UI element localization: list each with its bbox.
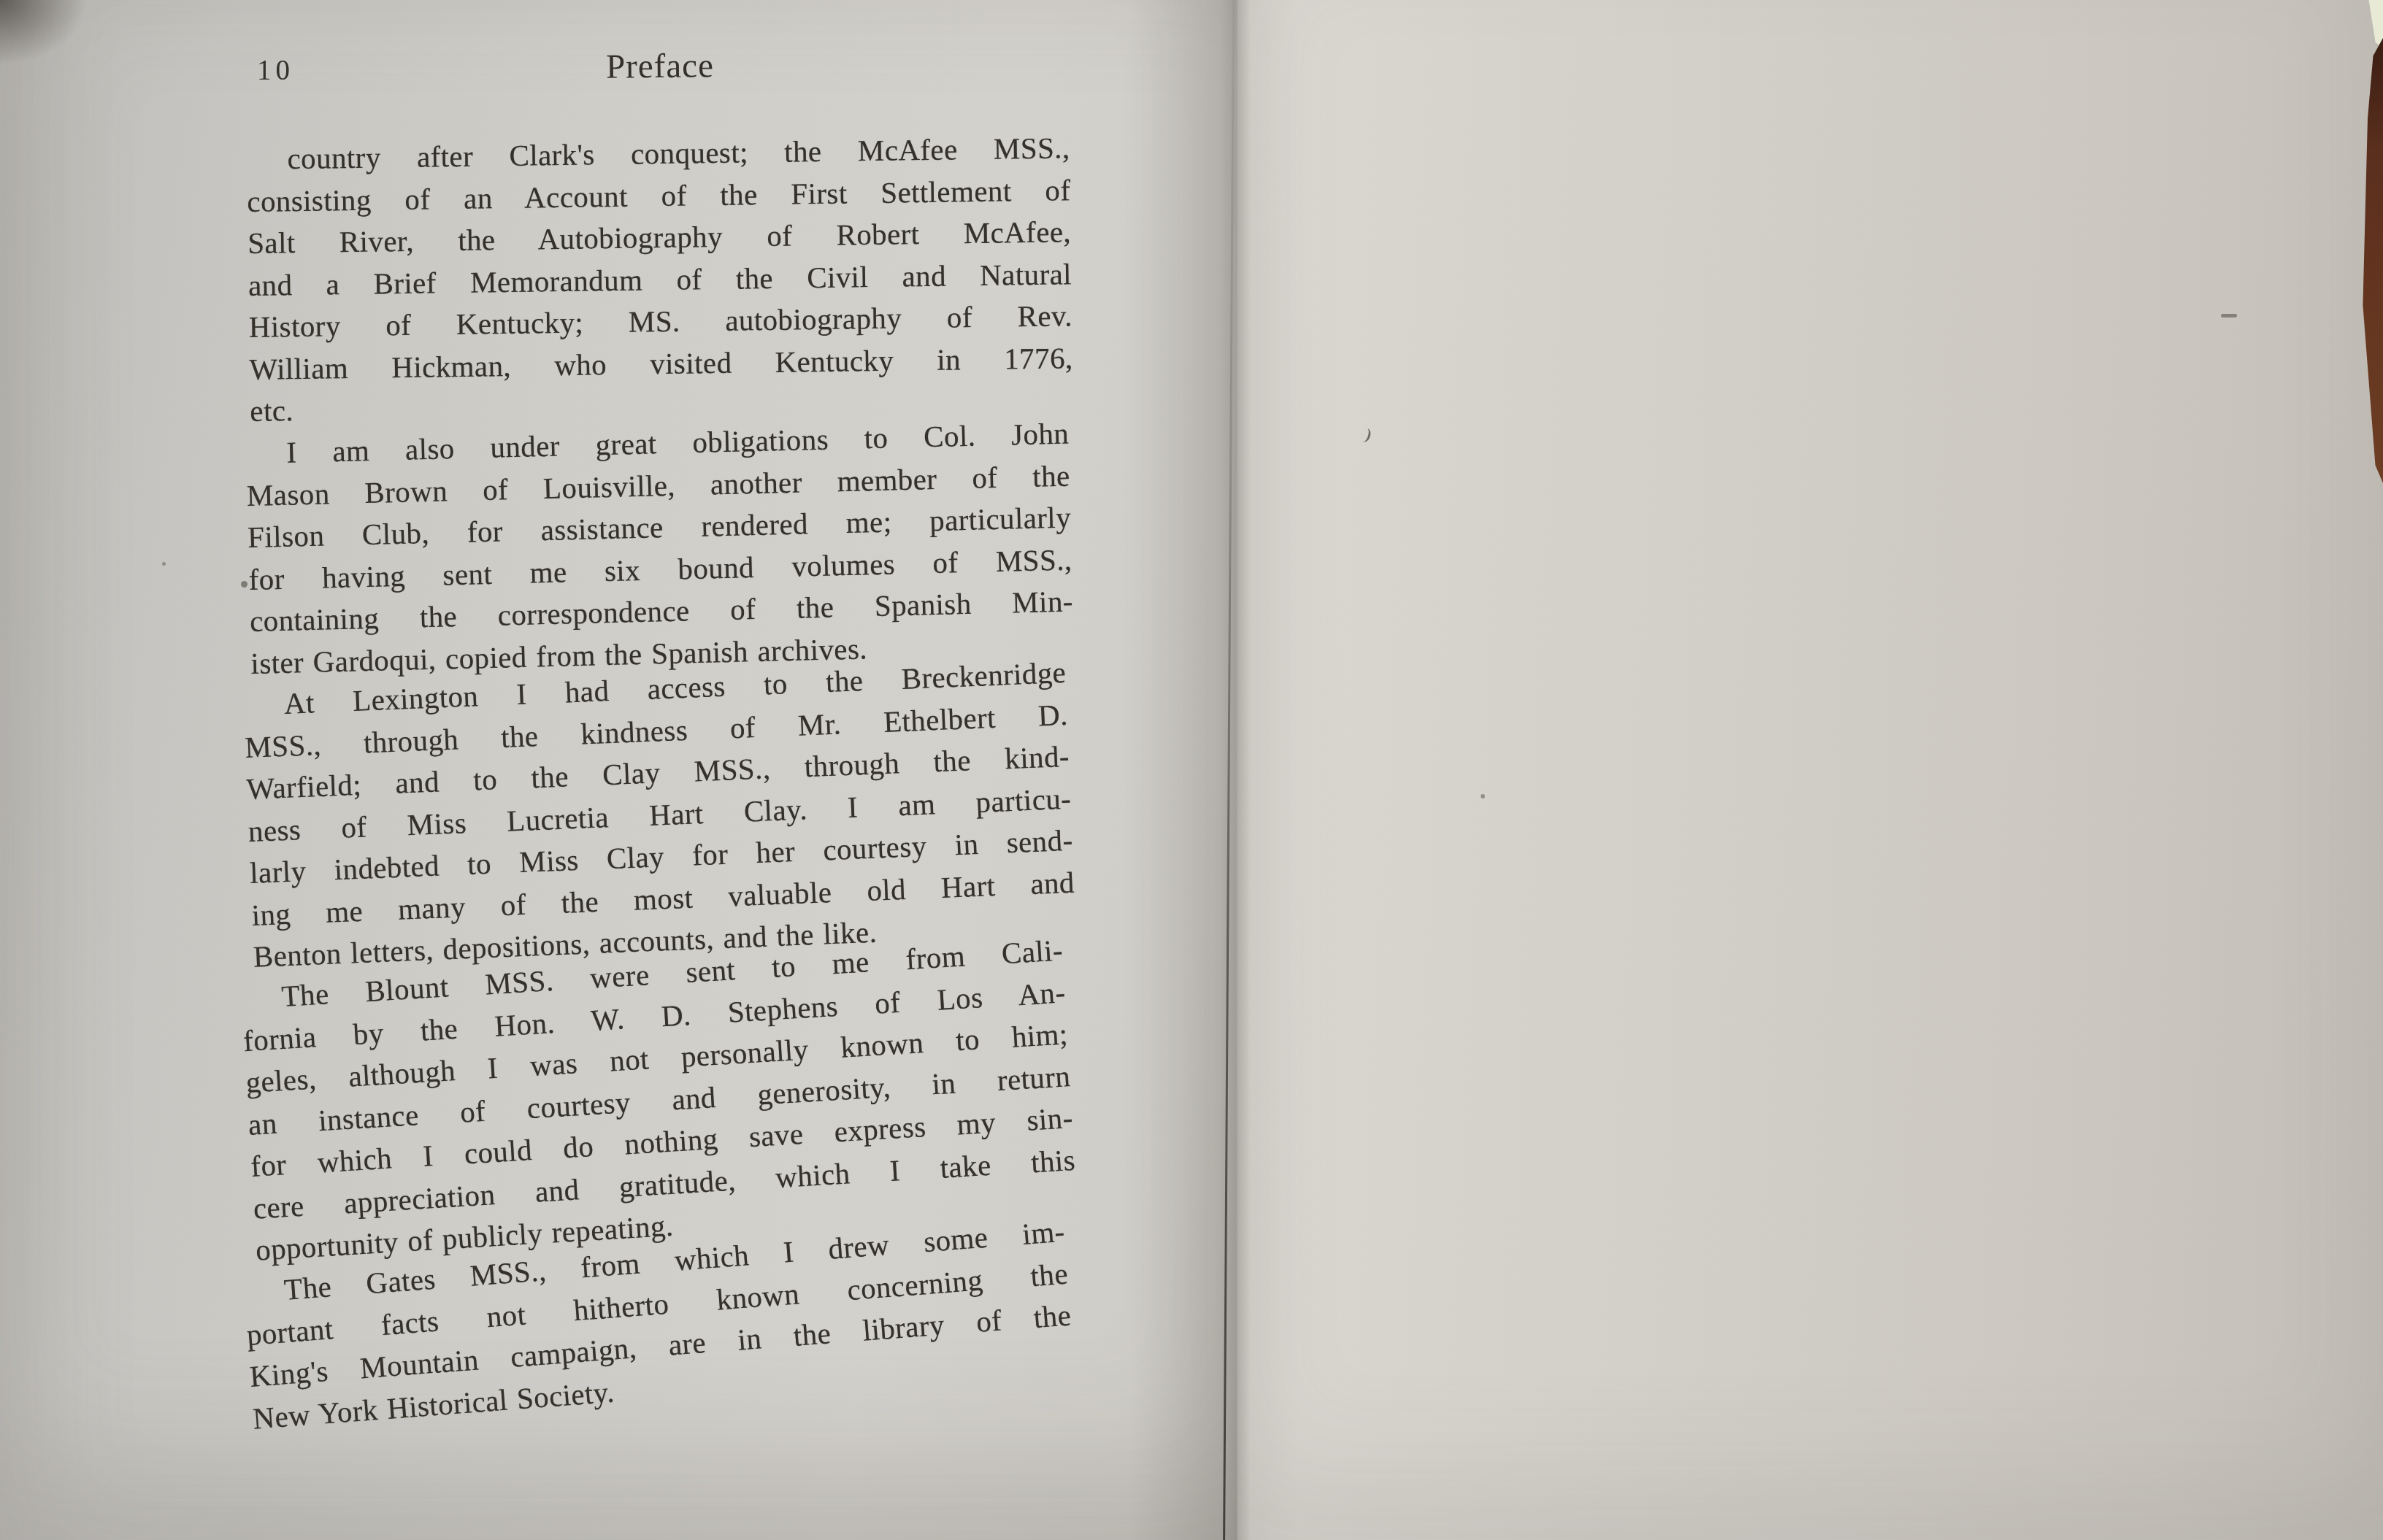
dust-speck (162, 562, 166, 566)
running-header-left: Preface (248, 42, 1072, 91)
page-right: Preface 11 The Virginia State Papers hav… (1237, 0, 2383, 1540)
page-left: 10 Preface country after Clark's conques… (0, 0, 1237, 1540)
paragraph: At Lexington I had access to the Brecken… (242, 651, 1077, 977)
corner-shadow (0, 0, 88, 66)
dust-speck (241, 581, 247, 588)
open-book-photo: 10 Preface country after Clark's conques… (0, 0, 2383, 1540)
paragraph: I am also under great obligations to Col… (245, 412, 1075, 684)
text-block-left: country after Clark's conquest; the McAf… (248, 139, 1072, 1440)
margin-dash-mark (2221, 314, 2237, 317)
dust-speck (1481, 794, 1485, 798)
paragraph: country after Clark's conquest; the McAf… (246, 127, 1074, 432)
